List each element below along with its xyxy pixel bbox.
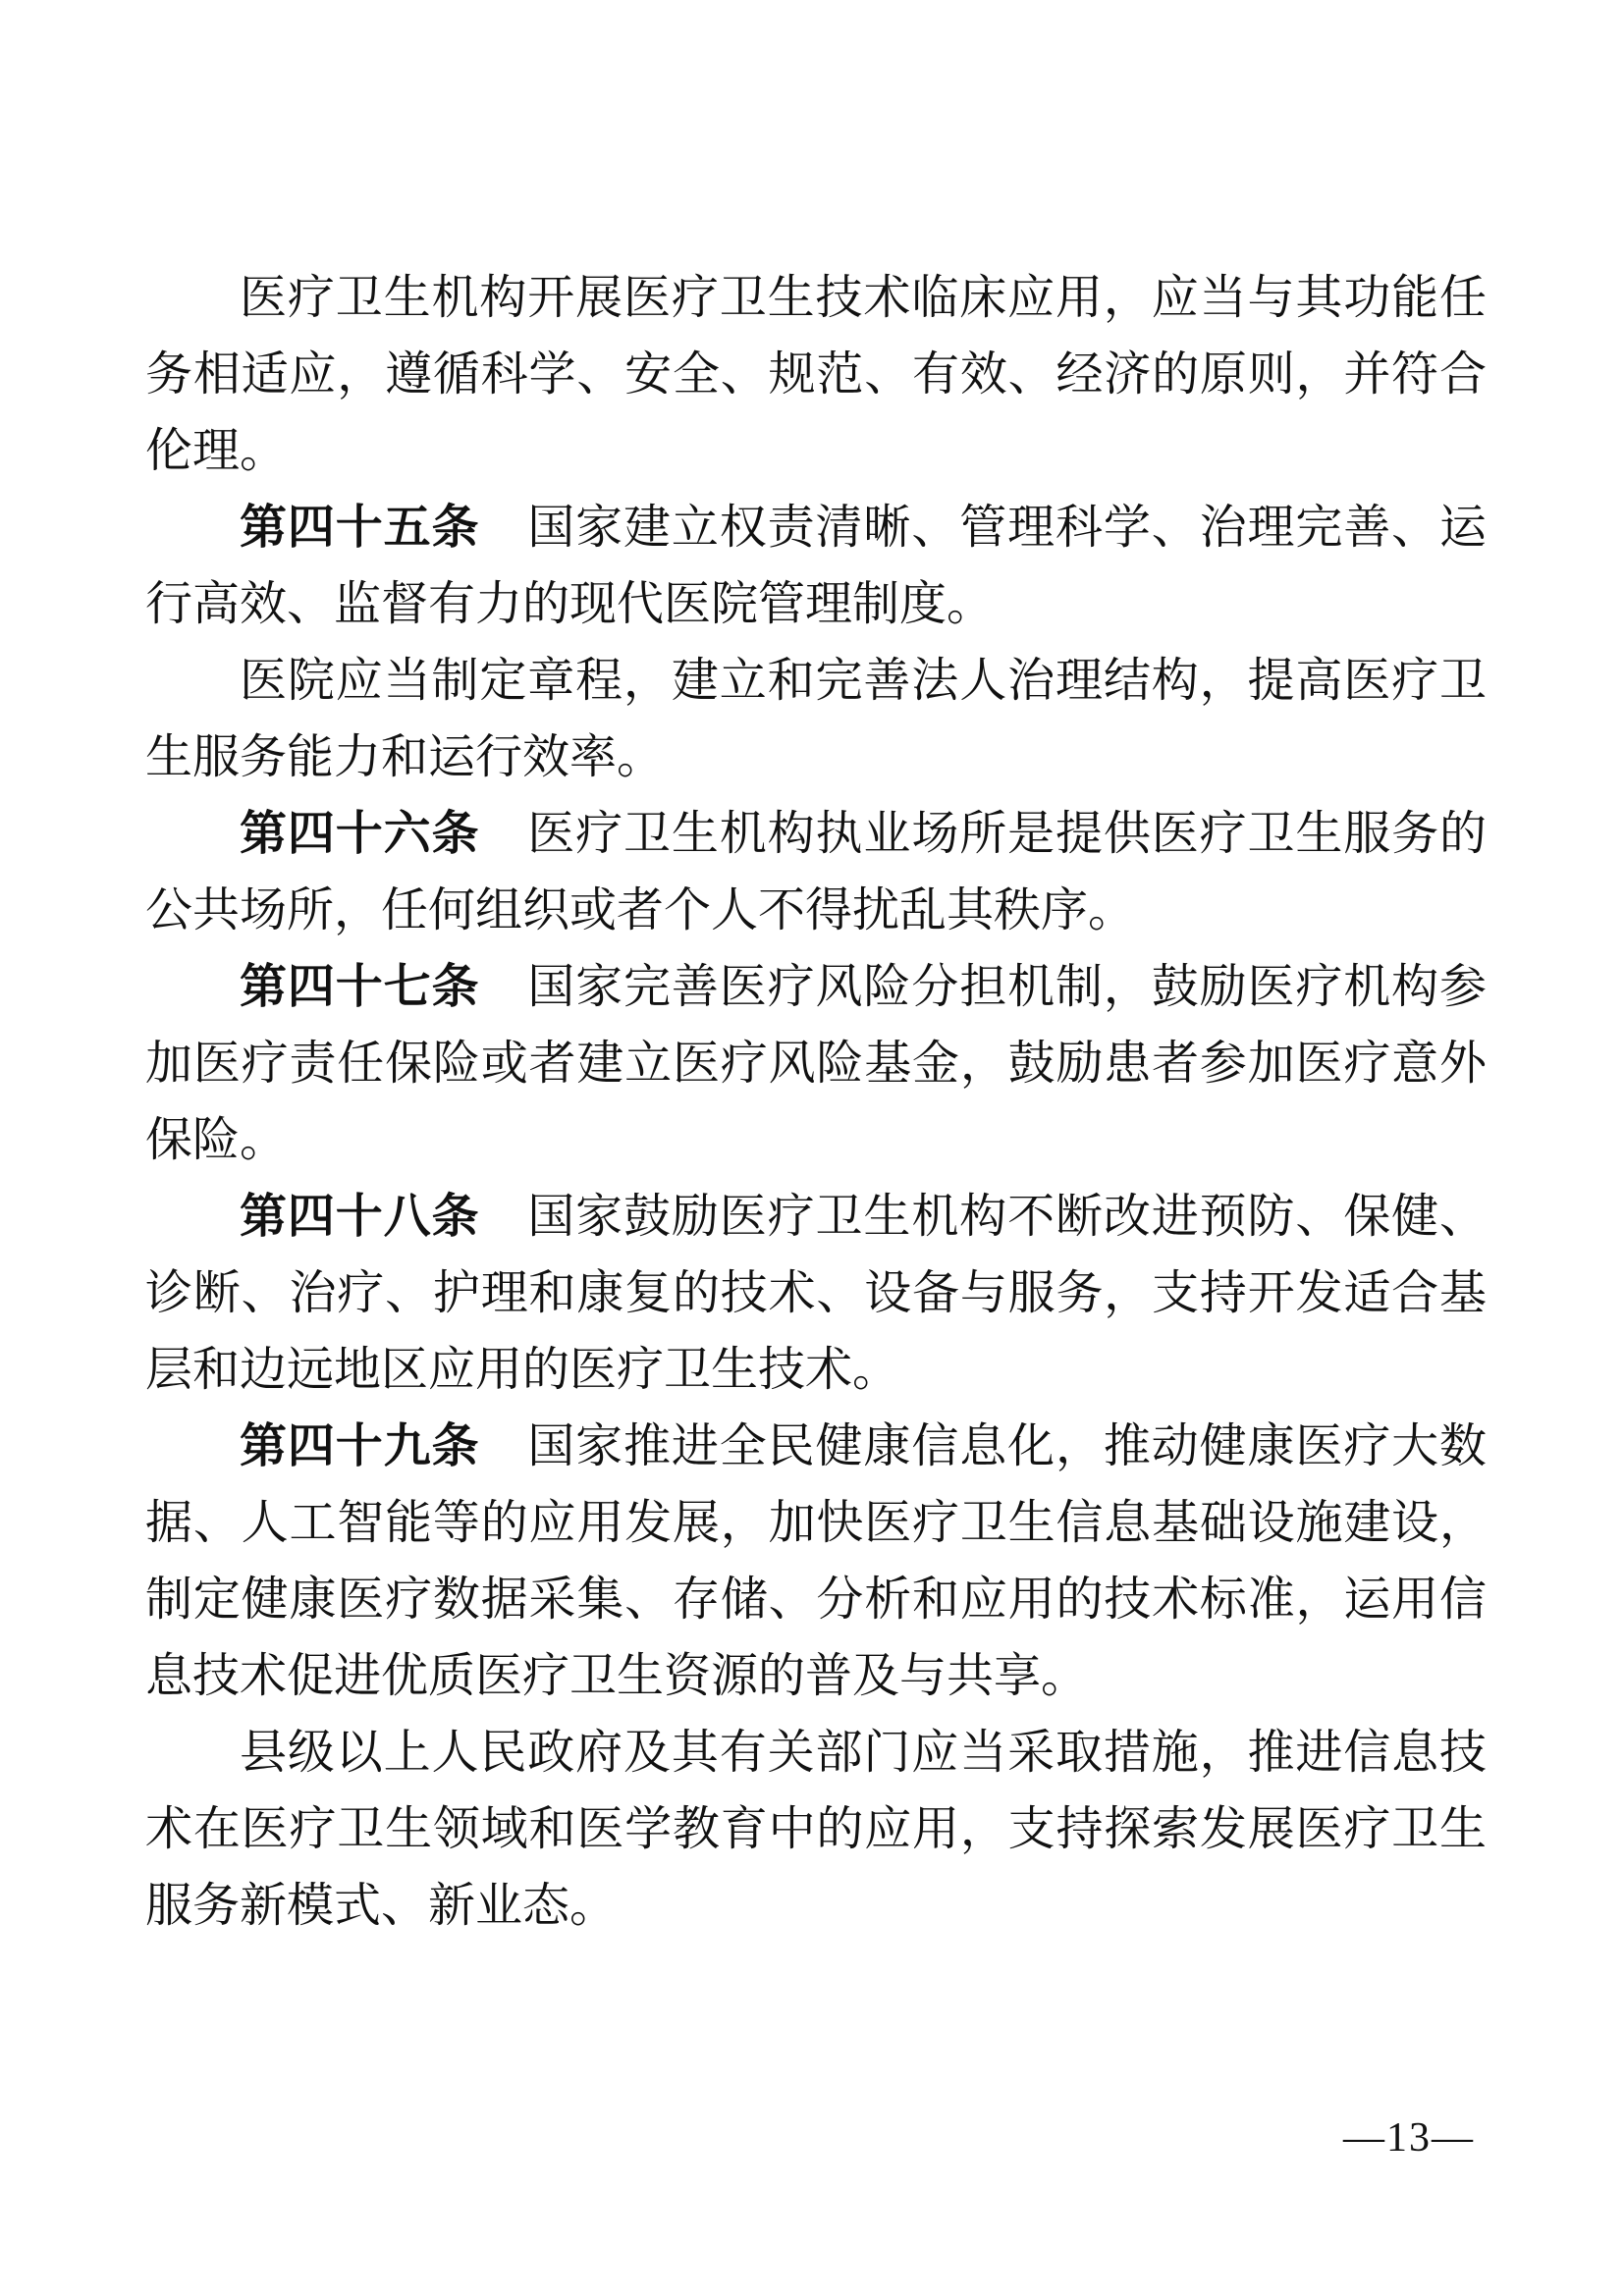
article-paragraph: 第四十七条 国家完善医疗风险分担机制，鼓励医疗机构参加医疗责任保险或者建立医疗风… [145,949,1487,1179]
document-page: 医疗卫生机构开展医疗卫生技术临床应用，应当与其功能任务相适应，遵循科学、安全、规… [0,0,1624,2296]
article-number: 第四十八条 [240,1191,479,1243]
article-number: 第四十五条 [240,502,479,554]
article-paragraph: 第四十八条 国家鼓励医疗卫生机构不断改进预防、保健、诊断、治疗、护理和康复的技术… [145,1179,1487,1409]
article-paragraph: 第四十六条 医疗卫生机构执业场所是提供医疗卫生服务的公共场所，任何组织或者个人不… [145,796,1487,949]
page-number: —13— [1343,2117,1475,2159]
article-number: 第四十九条 [240,1420,479,1472]
article-number: 第四十七条 [240,961,479,1013]
body-paragraph: 医疗卫生机构开展医疗卫生技术临床应用，应当与其功能任务相适应，遵循科学、安全、规… [145,260,1487,490]
document-body: 医疗卫生机构开展医疗卫生技术临床应用，应当与其功能任务相适应，遵循科学、安全、规… [145,260,1487,1945]
body-paragraph: 医院应当制定章程，建立和完善法人治理结构，提高医疗卫生服务能力和运行效率。 [145,643,1487,796]
article-number: 第四十六条 [240,808,479,860]
article-paragraph: 第四十九条 国家推进全民健康信息化，推动健康医疗大数据、人工智能等的应用发展，加… [145,1409,1487,1715]
body-paragraph: 县级以上人民政府及其有关部门应当采取措施，推进信息技术在医疗卫生领域和医学教育中… [145,1715,1487,1945]
article-paragraph: 第四十五条 国家建立权责清晰、管理科学、治理完善、运行高效、监督有力的现代医院管… [145,490,1487,643]
